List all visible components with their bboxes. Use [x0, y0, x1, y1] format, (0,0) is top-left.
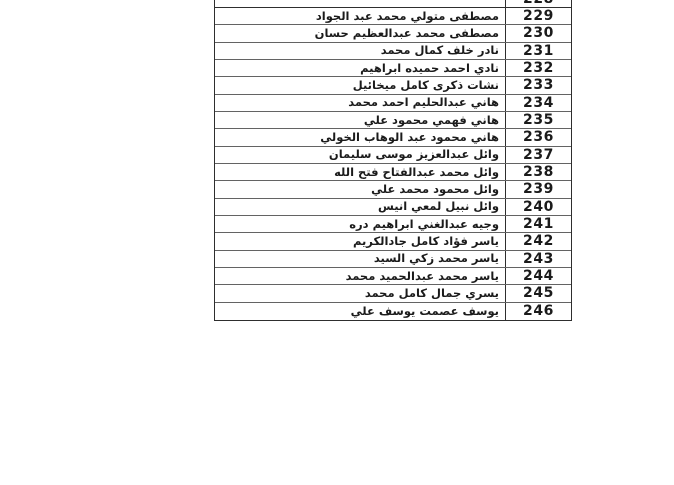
name-cell: وائل عبدالعزيز موسى سليمان — [215, 147, 505, 163]
names-table: 228 مصطفى متولي محمد عبد الجواد229مصطفى … — [214, 0, 572, 321]
table-row: هاني محمود عبد الوهاب الخولي236 — [215, 129, 571, 146]
table-row: وائل نبيل لمعي انيس240 — [215, 199, 571, 216]
number-cell: 230 — [505, 25, 571, 41]
table-row: وجيه عبدالغني ابراهيم دره241 — [215, 216, 571, 233]
table-row: هاني عبدالحليم احمد محمد234 — [215, 95, 571, 112]
table-row: مصطفى متولي محمد عبد الجواد229 — [215, 8, 571, 25]
number-cell: 245 — [505, 285, 571, 301]
names-table-body: مصطفى متولي محمد عبد الجواد229مصطفى محمد… — [215, 8, 571, 320]
table-row: وائل محمد عبدالفتاح فتح الله238 — [215, 164, 571, 181]
number-cell: 239 — [505, 181, 571, 197]
name-cell: وائل محمد عبدالفتاح فتح الله — [215, 164, 505, 180]
table-row: ياسر محمد زكي السيد243 — [215, 251, 571, 268]
name-cell: مصطفى متولي محمد عبد الجواد — [215, 8, 505, 24]
table-row: وائل عبدالعزيز موسى سليمان237 — [215, 147, 571, 164]
number-cell: 229 — [505, 8, 571, 24]
table-row: نشات ذكرى كامل ميخائيل233 — [215, 77, 571, 94]
name-cell: نادر خلف كمال محمد — [215, 43, 505, 59]
table-row: وائل محمود محمد علي239 — [215, 181, 571, 198]
number-cell: 238 — [505, 164, 571, 180]
table-row: يسري جمال كامل محمد245 — [215, 285, 571, 302]
name-cell: هاني فهمي محمود علي — [215, 112, 505, 128]
name-cell: يوسف عصمت يوسف علي — [215, 303, 505, 320]
document-page: { "page": { "background": "#ffffff" }, "… — [0, 0, 674, 485]
number-cell: 246 — [505, 303, 571, 320]
name-cell: مصطفى محمد عبدالعظيم حسان — [215, 25, 505, 41]
number-cell: 231 — [505, 43, 571, 59]
name-cell: نادي احمد حميده ابراهيم — [215, 60, 505, 76]
number-cell: 228 — [505, 0, 571, 8]
table-row: نادي احمد حميده ابراهيم232 — [215, 60, 571, 77]
number-cell: 233 — [505, 77, 571, 93]
name-cell: وائل محمود محمد علي — [215, 181, 505, 197]
table-row: نادر خلف كمال محمد231 — [215, 43, 571, 60]
name-cell: وجيه عبدالغني ابراهيم دره — [215, 216, 505, 232]
number-cell: 241 — [505, 216, 571, 232]
number-cell: 232 — [505, 60, 571, 76]
number-cell: 240 — [505, 199, 571, 215]
number-cell: 236 — [505, 129, 571, 145]
table-row: يوسف عصمت يوسف علي246 — [215, 303, 571, 320]
name-cell: هاني محمود عبد الوهاب الخولي — [215, 129, 505, 145]
name-cell: ياسر محمد زكي السيد — [215, 251, 505, 267]
name-cell: هاني عبدالحليم احمد محمد — [215, 95, 505, 111]
name-cell: ياسر محمد عبدالحميد محمد — [215, 268, 505, 284]
number-cell: 237 — [505, 147, 571, 163]
table-row-partial: 228 — [215, 0, 571, 8]
table-row: مصطفى محمد عبدالعظيم حسان230 — [215, 25, 571, 42]
name-cell — [215, 0, 505, 8]
table-row: ياسر محمد عبدالحميد محمد244 — [215, 268, 571, 285]
number-cell: 242 — [505, 233, 571, 249]
table-row: هاني فهمي محمود علي235 — [215, 112, 571, 129]
name-cell: يسري جمال كامل محمد — [215, 285, 505, 301]
name-cell: وائل نبيل لمعي انيس — [215, 199, 505, 215]
name-cell: ياسر فؤاد كامل جادالكريم — [215, 233, 505, 249]
name-cell: نشات ذكرى كامل ميخائيل — [215, 77, 505, 93]
number-cell: 235 — [505, 112, 571, 128]
number-cell: 234 — [505, 95, 571, 111]
table-row: ياسر فؤاد كامل جادالكريم242 — [215, 233, 571, 250]
number-cell: 243 — [505, 251, 571, 267]
number-cell: 244 — [505, 268, 571, 284]
